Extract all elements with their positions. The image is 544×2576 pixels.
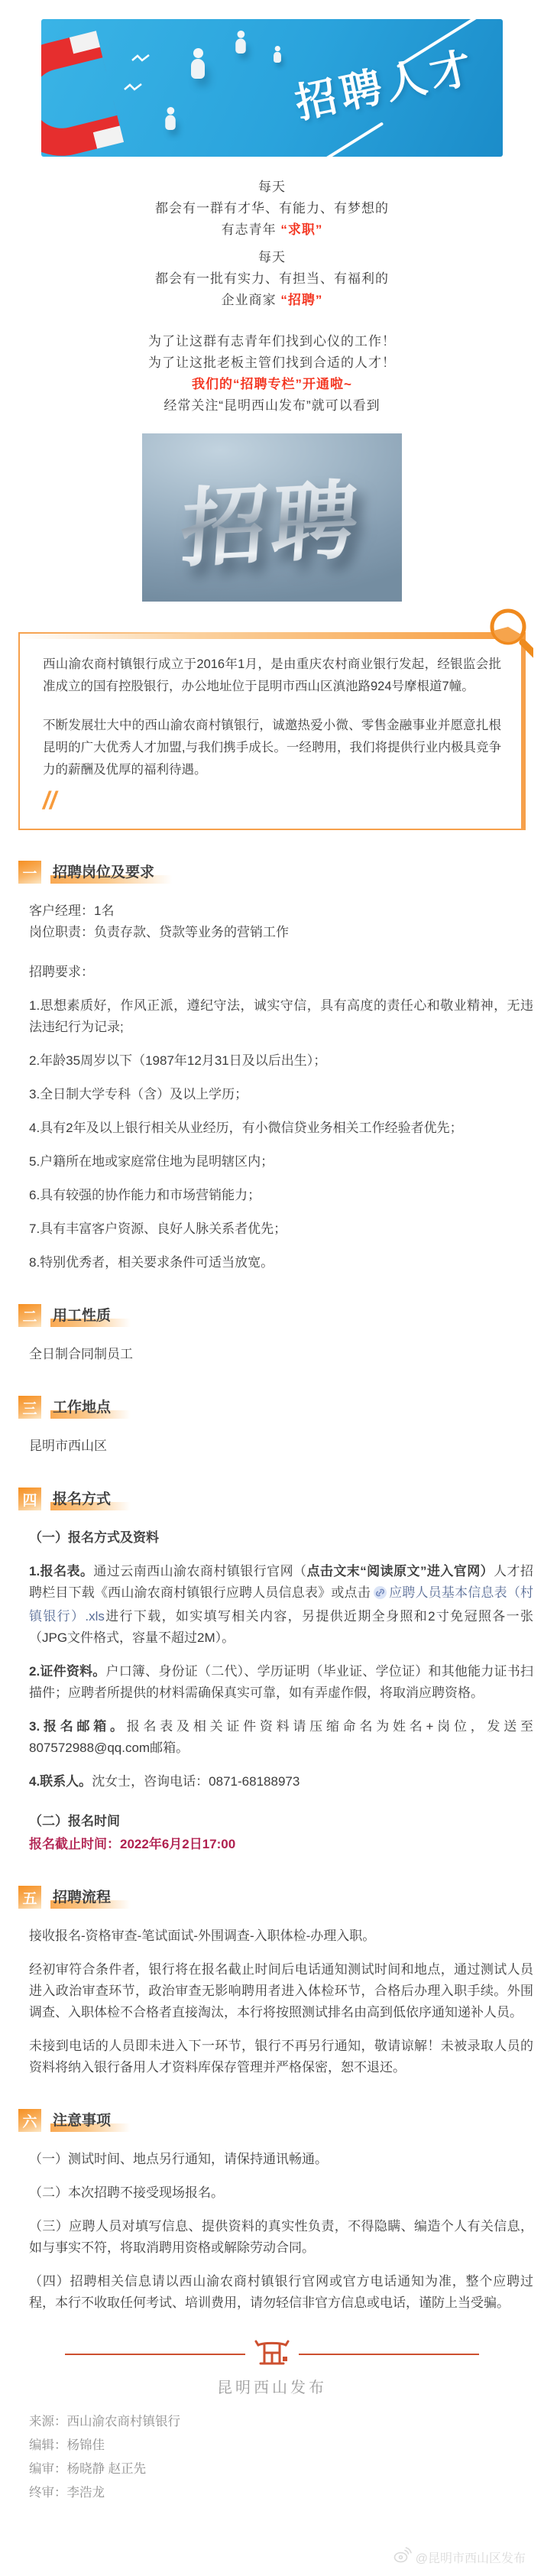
section-number: 四 [18, 1488, 41, 1510]
requirement-item: 3.全日制大学专科（含）及以上学历； [29, 1084, 533, 1105]
about-paragraph-2: 不断发展壮大中的西山渝农商村镇银行，诚邀热爱小微、零售金融事业并愿意扎根昆明的广… [43, 715, 501, 781]
location-text: 昆明市西山区 [29, 1436, 533, 1457]
section-header-employment: 二 用工性质 [18, 1304, 544, 1327]
spark-icon [124, 82, 144, 92]
apply-deadline: 报名截止时间：2022年6月2日17:00 [29, 1834, 533, 1855]
weibo-icon [393, 2547, 412, 2567]
intro-paragraph-seekers: 每天 都会有一群有才华、有能力、有梦想的 有志青年 “求职” [0, 177, 544, 241]
section-title: 招聘岗位及要求 [50, 861, 177, 884]
requirement-item: 8.特别优秀者，相关要求条件可适当放宽。 [29, 1252, 533, 1273]
apply-contact-paragraph: 4.联系人。沈女士，咨询电话：0871-68188973 [29, 1771, 533, 1792]
about-quote-box: 西山渝农商村镇银行成立于2016年1月，是由重庆农村商业银行发起，经银监会批准成… [18, 632, 526, 830]
banner-title: 招聘人才 [290, 34, 481, 130]
highlight-recruit: “招聘” [280, 293, 322, 307]
hero-image: 招聘 [142, 433, 402, 602]
credit-reviewer: 编审：杨晓静 赵正先 [29, 2458, 544, 2480]
figure-graphic [274, 46, 281, 63]
magnifier-icon [486, 606, 533, 674]
intro-paragraph-column: 为了让这群有志青年们找到心仪的工作！ 为了让这批老板主管们找到合适的人才！ 我们… [0, 331, 544, 417]
section-header-location: 三 工作地点 [18, 1396, 544, 1419]
section-title: 用工性质 [50, 1304, 134, 1327]
note-item: （四）招聘相关信息请以西山渝农商村镇银行官网或官方电话通知为准，整个应聘过程，本… [29, 2271, 533, 2314]
quote-box-topbar [18, 632, 526, 639]
section-title: 注意事项 [50, 2109, 134, 2132]
section-number: 五 [18, 1886, 41, 1909]
banner-decoration [324, 122, 384, 157]
figure-graphic [235, 31, 246, 54]
quote-mark: // [43, 789, 501, 812]
apply-subhead-time: （二）报名时间 [29, 1811, 533, 1832]
highlight-column-open: 我们的“招聘专栏”开通啦~ [0, 374, 544, 395]
note-item: （一）测试时间、地点另行通知，请保持通讯畅通。 [29, 2149, 533, 2170]
credit-source: 来源：西山渝农商村镇银行 [29, 2411, 544, 2432]
section-title: 报名方式 [50, 1488, 134, 1510]
divider-line [299, 2354, 479, 2355]
note-item: （三）应聘人员对填写信息、提供资料的真实性负责，不得隐瞒、编造个人有关信息，如与… [29, 2216, 533, 2259]
section-number: 二 [18, 1304, 41, 1327]
requirement-item: 7.具有丰富客户资源、良好人脉关系者优先； [29, 1218, 533, 1240]
apply-cert-paragraph: 2.证件资料。户口簿、身份证（二代）、学历证明（毕业证、学位证）和其他能力证书扫… [29, 1661, 533, 1704]
process-flow: 接收报名-资格审查-笔试面试-外围调查-入职体检-办理入职。 [29, 1926, 533, 1947]
link-icon [374, 1585, 387, 1606]
employment-text: 全日制合同制员工 [29, 1344, 533, 1365]
requirement-item: 2.年龄35周岁以下（1987年12月31日及以后出生）； [29, 1050, 533, 1072]
requirements-label: 招聘要求： [29, 962, 533, 983]
requirement-item: 5.户籍所在地或家庭常住地为昆明辖区内； [29, 1151, 533, 1173]
section-header-notes: 六 注意事项 [18, 2109, 544, 2132]
credit-editor: 编辑：杨锦佳 [29, 2435, 544, 2456]
watermark-text: @昆明市西山区发布 [416, 2548, 526, 2566]
highlight-seek-job: “求职” [280, 222, 322, 237]
credit-final-reviewer: 终审：李浩龙 [29, 2482, 544, 2503]
section-header-process: 五 招聘流程 [18, 1886, 544, 1909]
magnet-graphic [41, 31, 124, 157]
position-headcount: 客户经理：1名岗位职责：负责存款、贷款等业务的营销工作 [29, 900, 533, 943]
about-paragraph-1: 西山渝农商村镇银行成立于2016年1月，是由重庆农村商业银行发起，经银监会批准成… [43, 654, 501, 698]
section-title: 招聘流程 [50, 1886, 134, 1909]
spark-icon [131, 53, 151, 63]
article-page: 招聘人才 每天 都会有一群有才华、有能力、有梦想的 有志青年 “求职” 每天 都… [0, 0, 544, 2576]
section-header-positions: 一 招聘岗位及要求 [18, 861, 544, 884]
requirement-item: 6.具有较强的协作能力和市场营销能力； [29, 1185, 533, 1206]
note-item: （二）本次招聘不接受现场报名。 [29, 2182, 533, 2204]
apply-form-paragraph: 1.报名表。通过云南西山渝农商村镇银行官网（点击文末“阅读原文”进入官网）人才招… [29, 1561, 533, 1649]
requirement-item: 4.具有2年及以上银行相关从业经历，有小微信贷业务相关工作经验者优先； [29, 1118, 533, 1139]
credits-block: 来源：西山渝农商村镇银行 编辑：杨锦佳 编审：杨晓静 赵正先 终审：李浩龙 [29, 2411, 544, 2503]
process-paragraph-1: 经初审符合条件者，银行将在报名截止时间后电话通知测试时间和地点，通过测试人员进入… [29, 1959, 533, 2023]
hero-3d-text: 招聘 [177, 451, 368, 583]
apply-subhead-materials: （一）报名方式及资料 [29, 1527, 533, 1549]
apply-mail-paragraph: 3.报名邮箱。报名表及相关证件资料请压缩命名为姓名+岗位，发送至80757298… [29, 1716, 533, 1759]
section-number: 一 [18, 861, 41, 884]
footer-divider [0, 2337, 544, 2371]
requirement-item: 1.思想素质好，作风正派，遵纪守法，诚实守信，具有高度的责任心和敬业精神，无违法… [29, 995, 533, 1038]
xishan-gate-logo-icon [254, 2337, 290, 2371]
process-paragraph-2: 未接到电话的人员即未进入下一环节，银行不再另行通知，敬请谅解！未被录取人员的资料… [29, 2036, 533, 2078]
figure-graphic [165, 107, 176, 130]
section-number: 六 [18, 2109, 41, 2132]
weibo-watermark: @昆明市西山区发布 [393, 2547, 526, 2567]
section-header-apply: 四 报名方式 [18, 1488, 544, 1510]
figure-graphic [191, 48, 205, 79]
section-number: 三 [18, 1396, 41, 1419]
banner-image: 招聘人才 [41, 19, 503, 157]
divider-line [65, 2354, 245, 2355]
intro-paragraph-employers: 每天 都会有一批有实力、有担当、有福利的 企业商家 “招聘” [0, 247, 544, 311]
footer-brand: 昆明西山发布 [0, 2379, 544, 2397]
section-title: 工作地点 [50, 1396, 134, 1419]
